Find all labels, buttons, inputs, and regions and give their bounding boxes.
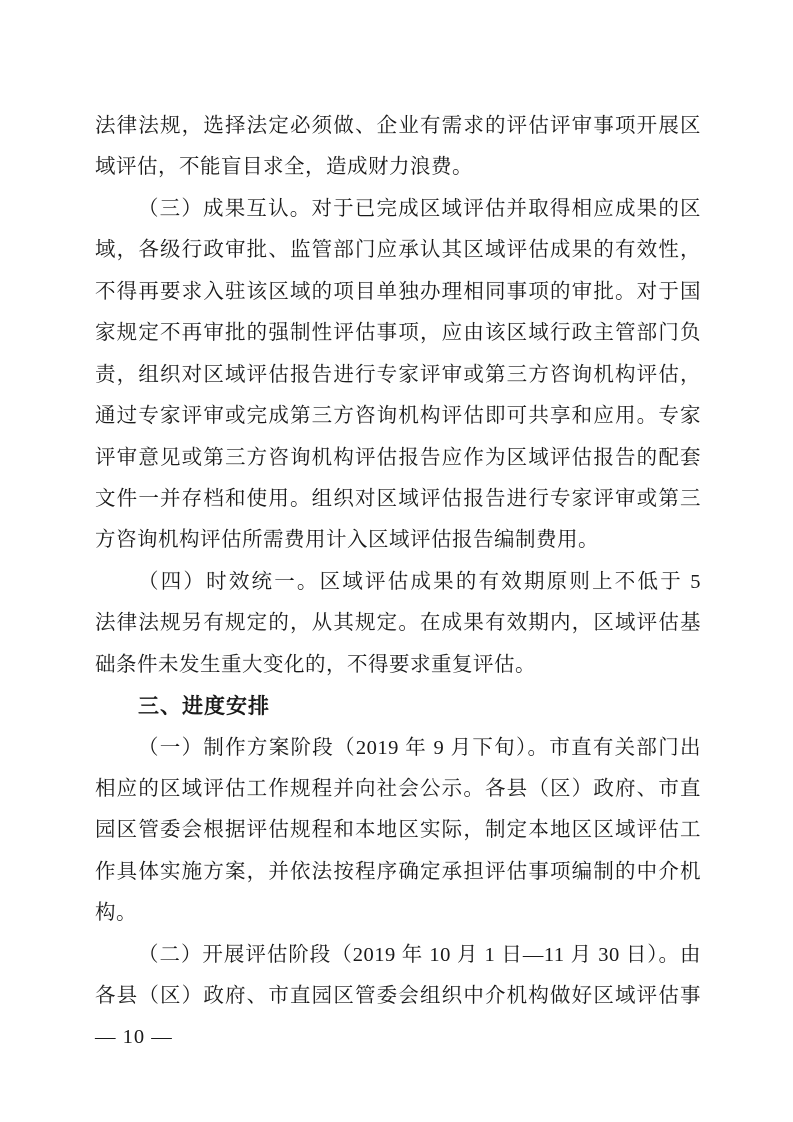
text-line: （三）成果互认。对于已完成区域评估并取得相应成果的区: [95, 189, 701, 230]
text-line: （四）时效统一。区域评估成果的有效期原则上不低于 5 年。: [95, 562, 701, 603]
text-line: 方咨询机构评估所需费用计入区域评估报告编制费用。: [95, 520, 701, 561]
text-line: 不得再要求入驻该区域的项目单独办理相同事项的审批。对于国: [95, 272, 701, 313]
text-line: 作具体实施方案，并依法按程序确定承担评估事项编制的中介机: [95, 852, 701, 893]
text-line: 法律法规另有规定的，从其规定。在成果有效期内，区域评估基: [95, 603, 701, 644]
text-line: 文件一并存档和使用。组织对区域评估报告进行专家评审或第三: [95, 479, 701, 520]
text-line: 构。: [95, 893, 701, 934]
text-line: 域评估，不能盲目求全，造成财力浪费。: [95, 147, 701, 188]
page-number: — 10 —: [95, 1022, 173, 1052]
text-line: （一）制作方案阶段（2019 年 9 月下旬）。市直有关部门出台: [95, 728, 701, 769]
text-block: 法律法规，选择法定必须做、企业有需求的评估评审事项开展区域评估，不能盲目求全，造…: [95, 106, 701, 1018]
text-line: 各县（区）政府、市直园区管委会组织中介机构做好区域评估事: [95, 976, 701, 1017]
text-line: 相应的区域评估工作规程并向社会公示。各县（区）政府、市直: [95, 769, 701, 810]
text-line: 责，组织对区域评估报告进行专家评审或第三方咨询机构评估，: [95, 355, 701, 396]
text-line: 域，各级行政审批、监管部门应承认其区域评估成果的有效性，: [95, 230, 701, 271]
section-heading: 三、进度安排: [95, 686, 701, 727]
text-line: 通过专家评审或完成第三方咨询机构评估即可共享和应用。专家: [95, 396, 701, 437]
text-line: 础条件未发生重大变化的，不得要求重复评估。: [95, 645, 701, 686]
text-line: 园区管委会根据评估规程和本地区实际，制定本地区区域评估工: [95, 810, 701, 851]
text-line: （二）开展评估阶段（2019 年 10 月 1 日—11 月 30 日）。由: [95, 935, 701, 976]
text-line: 评审意见或第三方咨询机构评估报告应作为区域评估报告的配套: [95, 438, 701, 479]
text-line: 家规定不再审批的强制性评估事项，应由该区域行政主管部门负: [95, 313, 701, 354]
document-page: 法律法规，选择法定必须做、企业有需求的评估评审事项开展区域评估，不能盲目求全，造…: [0, 0, 793, 1122]
text-line: 法律法规，选择法定必须做、企业有需求的评估评审事项开展区: [95, 106, 701, 147]
